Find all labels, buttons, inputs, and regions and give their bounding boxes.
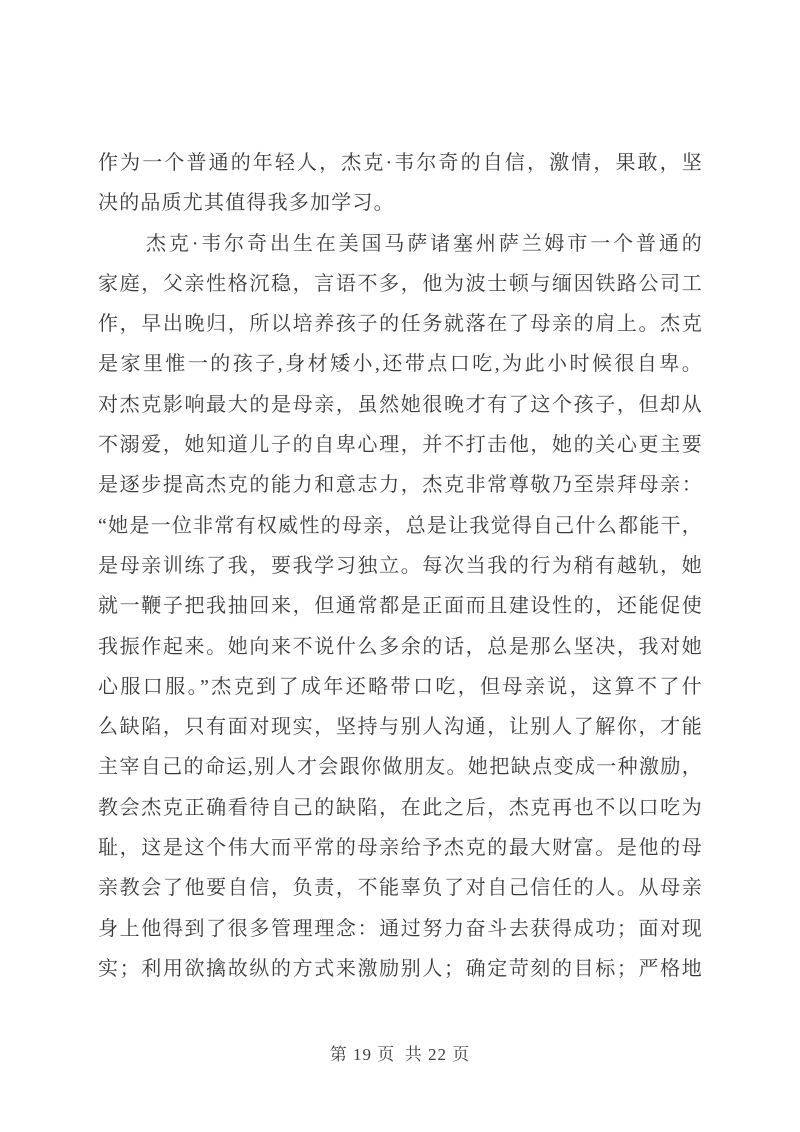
text-line: 我振作起来。她向来不说什么多余的话，总是那么坚决，我对她 (98, 627, 703, 667)
text-line: 身上他得到了很多管理理念：通过努力奋斗去获得成功；面对现 (98, 909, 703, 949)
text-line: 耻，这是这个伟大而平常的母亲给予杰克的最大财富。是他的母 (98, 828, 703, 868)
text-line: 对杰克影响最大的是母亲，虽然她很晚才有了这个孩子，但却从 (98, 385, 703, 425)
document-page: 作为一个普通的年轻人，杰克·韦尔奇的自信，激情，果敢，坚决的品质尤其值得我多加学… (0, 0, 800, 1132)
text-line: 是逐步提高杰克的能力和意志力，杰克非常尊敬乃至崇拜母亲： (98, 465, 703, 505)
text-line: 家庭，父亲性格沉稳，言语不多，他为波士顿与缅因铁路公司工 (98, 264, 703, 304)
text-line: 不溺爱，她知道儿子的自卑心理，并不打击他，她的关心更主要 (98, 425, 703, 465)
text-line: 杰克·韦尔奇出生在美国马萨诸塞州萨兰姆市一个普通的 (98, 224, 703, 264)
document-body: 作为一个普通的年轻人，杰克·韦尔奇的自信，激情，果敢，坚决的品质尤其值得我多加学… (98, 143, 703, 989)
text-line: 么缺陷，只有面对现实，坚持与别人沟通，让别人了解你，才能 (98, 707, 703, 747)
page-footer: 第 19 页 共 22 页 (0, 1040, 800, 1065)
text-line: 主宰自己的命运,别人才会跟你做朋友。她把缺点变成一种激励， (98, 747, 703, 787)
page-number-indicator: 第 19 页 共 22 页 (330, 1045, 471, 1064)
text-line: 就一鞭子把我抽回来，但通常都是正面而且建设性的，还能促使 (98, 586, 703, 626)
text-line: “她是一位非常有权威性的母亲，总是让我觉得自己什么都能干， (98, 506, 703, 546)
text-line: 是家里惟一的孩子,身材矮小,还带点口吃,为此小时候很自卑。 (98, 344, 703, 384)
text-line: 是母亲训练了我，要我学习独立。每次当我的行为稍有越轨，她 (98, 546, 703, 586)
text-line: 作为一个普通的年轻人，杰克·韦尔奇的自信，激情，果敢，坚 (98, 143, 703, 183)
text-line: 决的品质尤其值得我多加学习。 (98, 183, 703, 223)
text-line: 心服口服。”杰克到了成年还略带口吃，但母亲说，这算不了什 (98, 667, 703, 707)
text-line: 实；利用欲擒故纵的方式来激励别人；确定苛刻的目标；严格地 (98, 949, 703, 989)
text-line: 教会杰克正确看待自己的缺陷，在此之后，杰克再也不以口吃为 (98, 788, 703, 828)
text-line: 作，早出晚归，所以培养孩子的任务就落在了母亲的肩上。杰克 (98, 304, 703, 344)
text-line: 亲教会了他要自信，负责，不能辜负了对自己信任的人。从母亲 (98, 868, 703, 908)
